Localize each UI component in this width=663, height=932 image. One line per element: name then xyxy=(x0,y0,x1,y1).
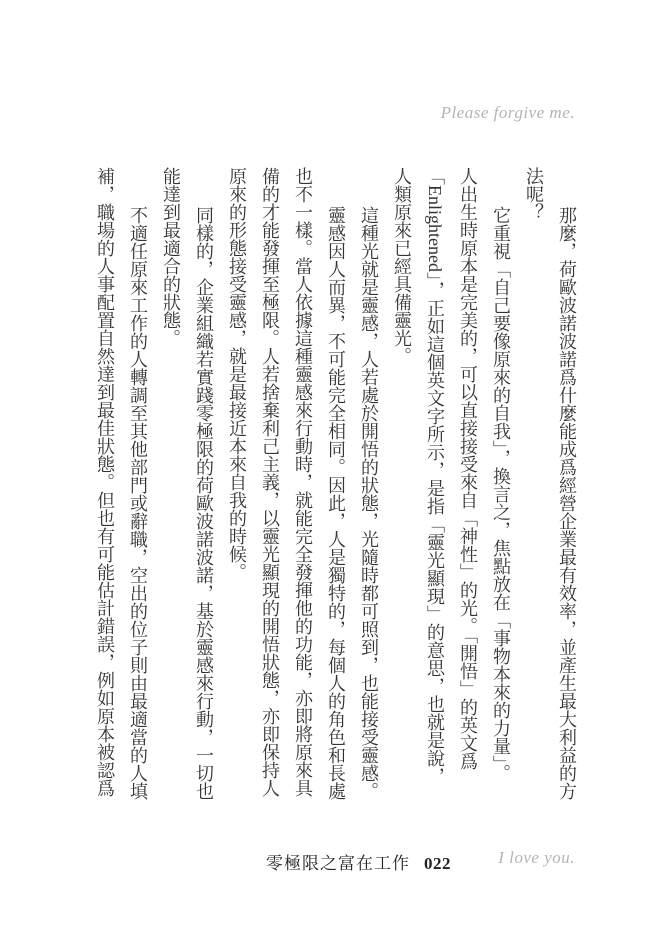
text-column: 能達到最適合的狀態。 xyxy=(154,167,187,799)
footer-book-title: 零極限之富在工作022 xyxy=(266,849,451,874)
text-column: 它重視「自己要像原來的自我」，換言之，焦點放在「事物本來的力量」。 xyxy=(484,167,517,799)
text-column: 原來的形態接受靈感，就是最接近本來自我的時候。 xyxy=(220,167,253,799)
text-column: 不適任原來工作的人轉調至其他部門或辭職，空出的位子則由最適當的人填 xyxy=(121,167,154,799)
text-column: 靈感因人而異，不可能完全相同。因此，人是獨特的，每個人的角色和長處 xyxy=(319,167,352,799)
book-page: Please forgive me. 那麼，荷歐波諾波諾爲什麼能成爲經營企業最有… xyxy=(0,0,663,932)
footer-title-text: 零極限之富在工作 xyxy=(266,854,410,873)
body-text: 那麼，荷歐波諾波諾爲什麼能成爲經營企業最有效率，並產生最大利益的方法呢？它重視「… xyxy=(88,167,583,799)
text-column: 同樣的，企業組織若實踐零極限的荷歐波諾波諾，基於靈感來行動，一切也 xyxy=(187,167,220,799)
footer-note: I love you. xyxy=(498,848,575,868)
header-note: Please forgive me. xyxy=(441,103,575,123)
text-column: 這種光就是靈感，人若處於開悟的狀態，光隨時都可照到，也能接受靈感。 xyxy=(352,167,385,799)
text-column: 補，職場的人事配置自然達到最佳狀態。但也有可能估計錯誤，例如原本被認爲 xyxy=(88,167,121,799)
footer-page-number: 022 xyxy=(424,854,451,873)
text-column: 那麼，荷歐波諾波諾爲什麼能成爲經營企業最有效率，並產生最大利益的方 xyxy=(550,167,583,799)
text-column: 也不一樣。當人依據這種靈感來行動時，就能完全發揮他的功能，亦即將原來具 xyxy=(286,167,319,799)
text-column: 法呢？ xyxy=(517,167,550,799)
text-column: 備的才能發揮至極限。人若捨棄利己主義，以靈光顯現的開悟狀態，亦即保持人 xyxy=(253,167,286,799)
text-column: 人出生時原本是完美的，可以直接接受來自「神性」的光。「開悟」的英文爲 xyxy=(451,167,484,799)
text-column: 人類原來已經具備靈光。 xyxy=(385,167,418,799)
text-column: 「Enlightened」，正如這個英文字所示，是指「靈光顯現」的意思，也就是說… xyxy=(418,167,451,799)
